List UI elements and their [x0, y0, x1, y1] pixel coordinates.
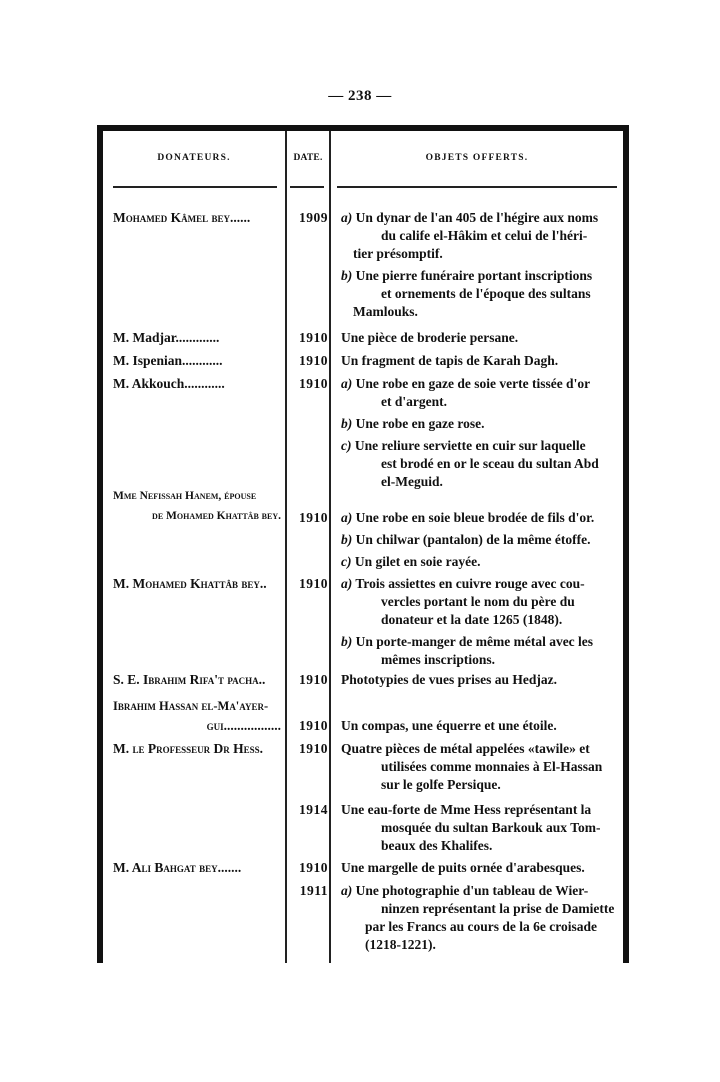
- item-text-continued: et d'argent.: [341, 393, 621, 411]
- column-divider-date-objects: [329, 131, 331, 963]
- item-text: Trois assiettes en cuivre rouge avec cou…: [352, 576, 584, 591]
- donation-date: 1910: [288, 740, 328, 758]
- donor-name: S. E. Ibrahim Rifa't pacha..: [113, 671, 285, 689]
- item-label: b): [341, 532, 352, 547]
- donor-name-continued: de Mohamed Khattâb bey.: [103, 507, 281, 525]
- donation-date: 1910: [288, 329, 328, 347]
- donated-objects: a) Un dynar de l'an 405 de l'hégire aux …: [341, 209, 621, 325]
- item-label: b): [341, 416, 352, 431]
- table-top-border: [97, 125, 629, 131]
- donated-objects: a) Trois assiettes en cuivre rouge avec …: [341, 575, 621, 673]
- item-label: c): [341, 438, 352, 453]
- donation-date: 1910: [288, 671, 328, 689]
- item-text-continued: vercles portant le nom du père du: [341, 593, 621, 611]
- table-left-border: [97, 125, 103, 963]
- item-text-continued: tier présomptif.: [341, 245, 621, 263]
- donor-name: M. Madjar.............: [113, 329, 285, 347]
- donated-objects: a) Une robe en soie bleue brodée de fils…: [341, 509, 621, 575]
- donated-object: Quatre pièces de métal appelées «tawile»…: [341, 740, 621, 794]
- item-text-continued: sur le golfe Persique.: [341, 776, 621, 794]
- donor-name: M. Akkouch............: [113, 375, 285, 393]
- header-date: DATE.: [287, 153, 329, 163]
- item-text: Un dynar de l'an 405 de l'hégire aux nom…: [352, 210, 598, 225]
- object-item: b) Un chilwar (pantalon) de la même étof…: [341, 531, 621, 549]
- donor-name-continued: gui.................: [103, 717, 281, 735]
- item-text-continued: Mamlouks.: [341, 303, 621, 321]
- donation-date: 1914: [288, 801, 328, 819]
- donor-name: M. Mohamed Khattâb bey..: [113, 575, 285, 593]
- donation-date: 1910: [288, 509, 328, 527]
- donor-name: M. le Professeur Dr Hess.: [113, 740, 285, 758]
- object-item: b) Une pierre funéraire portant inscript…: [341, 267, 621, 321]
- object-item: b) Une robe en gaze rose.: [341, 415, 621, 433]
- item-text: Un chilwar (pantalon) de la même étoffe.: [352, 532, 590, 547]
- donated-object: Une margelle de puits ornée d'arabesques…: [341, 859, 621, 877]
- item-text-continued: par les Francs au cours de la 6e croisad…: [341, 918, 621, 936]
- item-text-continued: beaux des Khalifes.: [341, 837, 621, 855]
- item-text: Une eau-forte de Mme Hess représentant l…: [341, 802, 591, 817]
- item-text-continued: et ornements de l'époque des sultans: [341, 285, 621, 303]
- object-item: a) Trois assiettes en cuivre rouge avec …: [341, 575, 621, 629]
- item-text: Une robe en soie bleue brodée de fils d'…: [352, 510, 594, 525]
- item-text-continued: ninzen représentant la prise de Damiette: [341, 900, 621, 918]
- donor-name: M. Ispenian............: [113, 352, 285, 370]
- object-item: a) Un dynar de l'an 405 de l'hégire aux …: [341, 209, 621, 263]
- donation-date: 1909: [288, 209, 328, 227]
- item-text: Un gilet en soie rayée.: [352, 554, 481, 569]
- item-label: b): [341, 634, 352, 649]
- item-text-continued: est brodé en or le sceau du sultan Abd: [341, 455, 621, 473]
- page-number: — 238 —: [0, 88, 720, 105]
- item-label: a): [341, 510, 352, 525]
- object-item: a) Une robe en soie bleue brodée de fils…: [341, 509, 621, 527]
- item-text-continued: du calife el-Hâkim et celui de l'héri-: [341, 227, 621, 245]
- donation-date: 1910: [288, 717, 328, 735]
- item-label: a): [341, 576, 352, 591]
- donated-object: Une pièce de broderie persane.: [341, 329, 621, 347]
- donor-name: Mme Nefissah Hanem, épouse: [113, 487, 285, 505]
- object-item: a) Une robe en gaze de soie verte tissée…: [341, 375, 621, 411]
- table-right-border: [623, 125, 629, 963]
- donor-name: Mohamed Kâmel bey......: [113, 209, 285, 227]
- item-text-continued: mêmes inscriptions.: [341, 651, 621, 669]
- donor-name: Ibrahim Hassan el-Ma'ayer-: [113, 697, 285, 715]
- item-label: a): [341, 376, 352, 391]
- object-item: c) Un gilet en soie rayée.: [341, 553, 621, 571]
- item-text: Une robe en gaze rose.: [352, 416, 484, 431]
- item-text: Un porte-manger de même métal avec les: [352, 634, 593, 649]
- donor-name: M. Ali Bahgat bey.......: [113, 859, 285, 877]
- donation-date: 1910: [288, 859, 328, 877]
- item-text: Une robe en gaze de soie verte tissée d'…: [352, 376, 590, 391]
- header-donors: DONATEURS.: [103, 153, 285, 163]
- donated-objects: a) Une robe en gaze de soie verte tissée…: [341, 375, 621, 495]
- item-text: Une pierre funéraire portant inscription…: [352, 268, 592, 283]
- donated-object: Un compas, une équerre et une étoile.: [341, 717, 621, 735]
- donated-object: Une eau-forte de Mme Hess représentant l…: [341, 801, 621, 855]
- header-objects: OBJETS OFFERTS.: [331, 153, 623, 163]
- header-rule: [337, 186, 617, 188]
- donated-object: Un fragment de tapis de Karah Dagh.: [341, 352, 621, 370]
- donations-table: DONATEURS. DATE. OBJETS OFFERTS. Mohamed…: [97, 125, 629, 963]
- item-label: c): [341, 554, 352, 569]
- item-text-continued: mosquée du sultan Barkouk aux Tom-: [341, 819, 621, 837]
- donation-date: 1910: [288, 352, 328, 370]
- item-text-continued: utilisées comme monnaies à El-Hassan: [341, 758, 621, 776]
- header-rule: [113, 186, 277, 188]
- header-rule: [290, 186, 324, 188]
- object-item: a) Une photographie d'un tableau de Wier…: [341, 882, 621, 954]
- donation-date: 1911: [288, 882, 328, 900]
- item-text-continued: el-Meguid.: [341, 473, 621, 491]
- item-text: Une photographie d'un tableau de Wier-: [352, 883, 588, 898]
- donated-objects: a) Une photographie d'un tableau de Wier…: [341, 882, 621, 958]
- object-item: c) Une reliure serviette en cuir sur laq…: [341, 437, 621, 491]
- item-text-continued: (1218-1221).: [341, 936, 621, 954]
- column-divider-donor-date: [285, 131, 287, 963]
- donation-date: 1910: [288, 375, 328, 393]
- item-label: a): [341, 883, 352, 898]
- item-text-continued: donateur et la date 1265 (1848).: [341, 611, 621, 629]
- object-item: b) Un porte-manger de même métal avec le…: [341, 633, 621, 669]
- item-text: Une reliure serviette en cuir sur laquel…: [352, 438, 586, 453]
- item-text: Quatre pièces de métal appelées «tawile»…: [341, 741, 590, 756]
- item-label: b): [341, 268, 352, 283]
- item-label: a): [341, 210, 352, 225]
- donation-date: 1910: [288, 575, 328, 593]
- donated-object: Phototypies de vues prises au Hedjaz.: [341, 671, 621, 689]
